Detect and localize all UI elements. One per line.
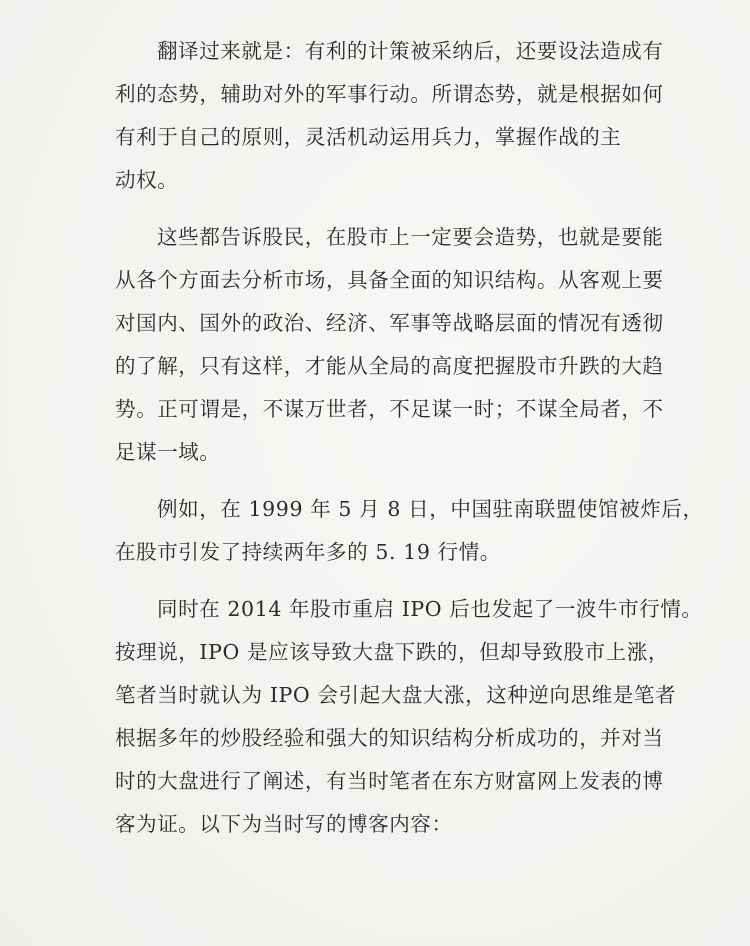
text-line: 笔者当时就认为 IPO 会引起大盘大涨，这种逆向思维是笔者 [115,674,715,717]
text-line: 动权。 [115,159,715,202]
paragraph-example-1999: 例如，在 1999 年 5 月 8 日，中国驻南联盟使馆被炸后， 在股市引发了持… [115,488,715,574]
paragraph-advice: 这些都告诉股民，在股市上一定要会造势，也就是要能 从各个方面去分析市场，具备全面… [115,216,715,474]
text-line: 在股市引发了持续两年多的 5. 19 行情。 [115,531,715,574]
text-line: 这些都告诉股民，在股市上一定要会造势，也就是要能 [115,216,715,259]
paragraph-translation: 翻译过来就是：有利的计策被采纳后，还要设法造成有 利的态势，辅助对外的军事行动。… [115,30,715,202]
text-line: 势。正可谓是，不谋万世者，不足谋一时；不谋全局者，不 [115,388,715,431]
text-line: 从各个方面去分析市场，具备全面的知识结构。从客观上要 [115,259,715,302]
text-line: 的了解，只有这样，才能从全局的高度把握股市升跌的大趋 [115,345,715,388]
text-line: 客为证。以下为当时写的博客内容： [115,803,715,846]
text-line: 例如，在 1999 年 5 月 8 日，中国驻南联盟使馆被炸后， [115,488,715,531]
text-line: 同时在 2014 年股市重启 IPO 后也发起了一波牛市行情。 [115,588,715,631]
text-line: 按理说，IPO 是应该导致大盘下跌的，但却导致股市上涨， [115,631,715,674]
text-line: 利的态势，辅助对外的军事行动。所谓态势，就是根据如何 [115,73,715,116]
text-line: 时的大盘进行了阐述，有当时笔者在东方财富网上发表的博 [115,760,715,803]
text-line: 对国内、国外的政治、经济、军事等战略层面的情况有透彻 [115,302,715,345]
text-line: 有利于自己的原则，灵活机动运用兵力，掌握作战的主 [115,116,715,159]
paragraph-example-2014: 同时在 2014 年股市重启 IPO 后也发起了一波牛市行情。 按理说，IPO … [115,588,715,846]
text-line: 根据多年的炒股经验和强大的知识结构分析成功的，并对当 [115,717,715,760]
body-text: 翻译过来就是：有利的计策被采纳后，还要设法造成有 利的态势，辅助对外的军事行动。… [115,30,715,860]
text-line: 足谋一域。 [115,431,715,474]
scanned-page: 翻译过来就是：有利的计策被采纳后，还要设法造成有 利的态势，辅助对外的军事行动。… [0,0,750,946]
text-line: 翻译过来就是：有利的计策被采纳后，还要设法造成有 [115,30,715,73]
